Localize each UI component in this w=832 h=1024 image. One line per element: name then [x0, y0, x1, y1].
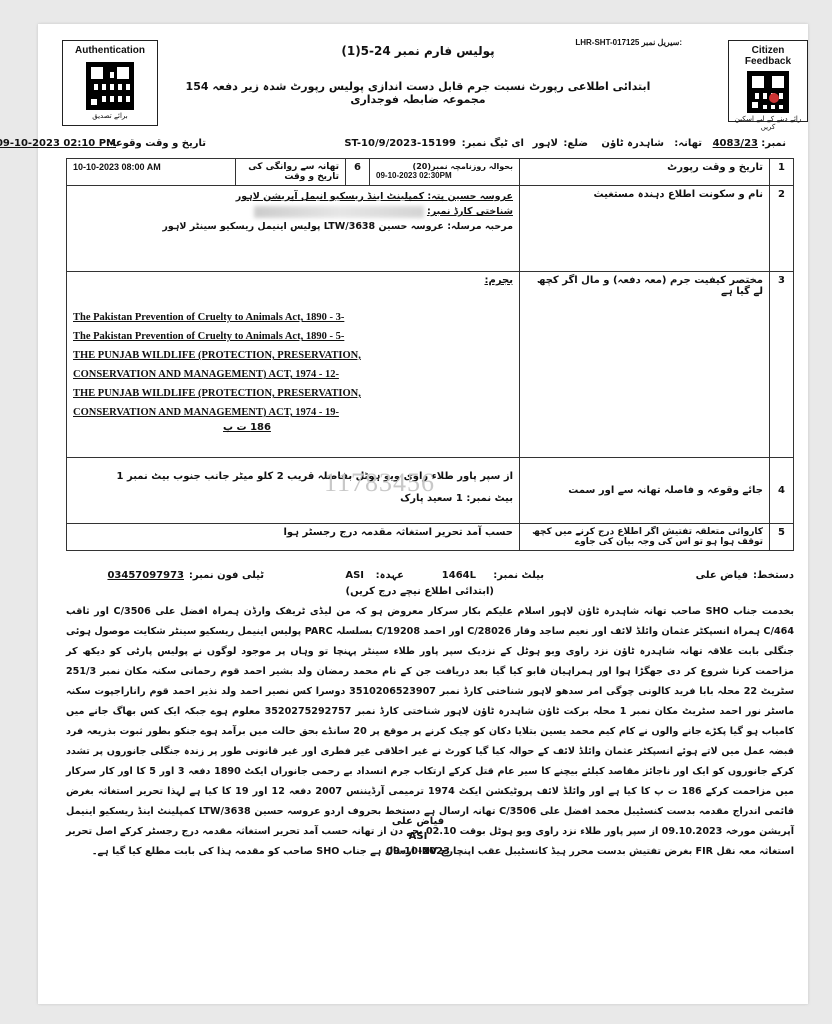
signed-label: دستخط:	[753, 570, 794, 581]
belt-value: 1464L	[442, 570, 476, 581]
rank-label: عہدہ:	[376, 570, 404, 581]
beat-number: بیٹ نمبر: 1 سعید پارک	[73, 488, 513, 510]
row-number: 2	[770, 186, 794, 272]
cnic-line: شناختی کارڈ نمبر:	[73, 204, 513, 219]
location-cell: از سپر پاور طلاء راوی ویو ہوٹل بفاصلہ قر…	[67, 458, 520, 524]
authentication-caption: برائے تصدیق	[63, 112, 157, 120]
citizen-feedback-caption: رائے دینے کے لیے اسکین کریں	[729, 115, 807, 131]
row-number: 1	[770, 159, 794, 186]
table-row: 1 تاریخ و وقت رپورٹ بحوالہ روزنامچہ نمبر…	[67, 159, 794, 186]
table-row: 5 کاروائی متعلقہ تفتیش اگر اطلاع درج کرن…	[67, 524, 794, 551]
qr-code-icon[interactable]	[747, 71, 789, 113]
district-label: ضلع:	[563, 138, 588, 149]
departure-label: تھانہ سے روانگی کی تاریخ و وقت	[236, 159, 346, 186]
rank-value: ASI	[345, 570, 364, 581]
sender-line: مرحبہ مرسلہ: عروسہ حسین LTW/3638 پولیس ا…	[73, 219, 513, 234]
departure-datetime-value: 10-10-2023 08:00 AM	[67, 159, 236, 186]
fir-document: Authentication برائے تصدیق Citizen Feedb…	[38, 24, 808, 1004]
etag-value: ST-10/9/2023-15199	[344, 138, 456, 149]
report-datetime-value: 09-10-2023 02:30PM	[376, 171, 513, 180]
form-subtitle: ابتدائی اطلاعی رپورٹ نسبت جرم قابل دست ا…	[168, 80, 668, 106]
occurrence-datetime-value: 09-10-2023 02:10 PM	[0, 138, 116, 149]
station-value: شاہدرہ ٹاؤن	[601, 138, 664, 149]
initial-report-note: (ابتدائی اطلاع نیچے درج کریں)	[346, 586, 494, 597]
occurrence-datetime-label: تاریخ و وقت وقوعہ:	[106, 138, 206, 149]
row-label: کاروائی متعلقہ تفتیش اگر اطلاع درج کرنے …	[520, 524, 770, 551]
logo-icon	[769, 93, 779, 103]
citizen-feedback-title: Citizen Feedback	[729, 45, 807, 67]
citizen-feedback-qr-panel: Citizen Feedback رائے دینے کے لیے اسکین …	[728, 40, 808, 122]
register-reference: بحوالہ روزنامچہ نمبر(20)	[376, 162, 513, 171]
ppc-section: 186 ت پ	[73, 422, 513, 433]
authentication-title: Authentication	[63, 45, 157, 56]
row-label: تاریخ و وقت رپورٹ	[520, 159, 770, 186]
phone-value: 03457097973	[107, 570, 184, 581]
offense-cell: بجرم: The Pakistan Prevention of Cruelty…	[67, 272, 520, 458]
table-row: 3 مختصر کیفیت جرم (معہ دفعہ) و مال اگر ک…	[67, 272, 794, 458]
phone-label: ٹیلی فون نمبر:	[189, 570, 264, 581]
cnic-label: شناختی کارڈ نمبر:	[427, 206, 513, 217]
signed-value: فیاض علی	[696, 570, 748, 581]
belt-label: بیلٹ نمبر:	[493, 570, 544, 581]
row-number: 6	[346, 159, 370, 186]
complainant-address: عروسہ حسین پتہ: کمپلینٹ اینڈ ریسکیو انیم…	[73, 189, 513, 204]
etag-label: ای ٹیگ نمبر:	[462, 138, 524, 149]
row-number: 4	[770, 458, 794, 524]
footer-officer-name: فیاض علی	[348, 814, 488, 829]
footer-signature: فیاض علی ASI 09-10-2023	[348, 814, 488, 859]
station-label: تھانہ:	[674, 138, 702, 149]
act-item: The Pakistan Prevention of Cruelty to An…	[73, 327, 513, 346]
redacted-cnic	[254, 206, 424, 218]
fir-number-value: 4083/23	[713, 138, 758, 149]
row-label: نام و سکونت اطلاع دہندہ مستغیث	[520, 186, 770, 272]
fir-number-label: نمبر:	[761, 138, 786, 149]
qr-code-icon[interactable]	[86, 62, 134, 110]
acts-list: The Pakistan Prevention of Cruelty to An…	[73, 308, 513, 422]
location-description: از سپر پاور طلاء راوی ویو ہوٹل بفاصلہ قر…	[73, 466, 513, 488]
act-item: CONSERVATION AND MANAGEMENT) ACT, 1974 -…	[73, 365, 513, 384]
offense-label: بجرم:	[73, 275, 513, 286]
report-datetime-cell: بحوالہ روزنامچہ نمبر(20) 09-10-2023 02:3…	[370, 159, 520, 186]
complainant-cell: عروسہ حسین پتہ: کمپلینٹ اینڈ ریسکیو انیم…	[67, 186, 520, 272]
row-label: مختصر کیفیت جرم (معہ دفعہ) و مال اگر کچھ…	[520, 272, 770, 458]
form-title: پولیس فارم نمبر 24-5(1)	[168, 44, 668, 58]
row-number: 3	[770, 272, 794, 458]
row-number: 5	[770, 524, 794, 551]
row-label: جائے وقوعہ و فاصلہ تھانہ سے اور سمت	[520, 458, 770, 524]
action-cell: حسب آمد تحریر استغاثہ مقدمہ درج رجسٹر ہو…	[67, 524, 520, 551]
table-row: 2 نام و سکونت اطلاع دہندہ مستغیث عروسہ ح…	[67, 186, 794, 272]
act-item: The Pakistan Prevention of Cruelty to An…	[73, 308, 513, 327]
district-value: لاہور	[533, 138, 558, 149]
footer-officer-rank: ASI	[348, 829, 488, 844]
footer-date: 09-10-2023	[348, 844, 488, 859]
watermark: 11783456	[324, 468, 435, 498]
act-item: THE PUNJAB WILDLIFE (PROTECTION, PRESERV…	[73, 346, 513, 365]
act-item: THE PUNJAB WILDLIFE (PROTECTION, PRESERV…	[73, 384, 513, 403]
act-item: CONSERVATION AND MANAGEMENT) ACT, 1974 -…	[73, 403, 513, 422]
authentication-qr-panel: Authentication برائے تصدیق	[62, 40, 158, 126]
